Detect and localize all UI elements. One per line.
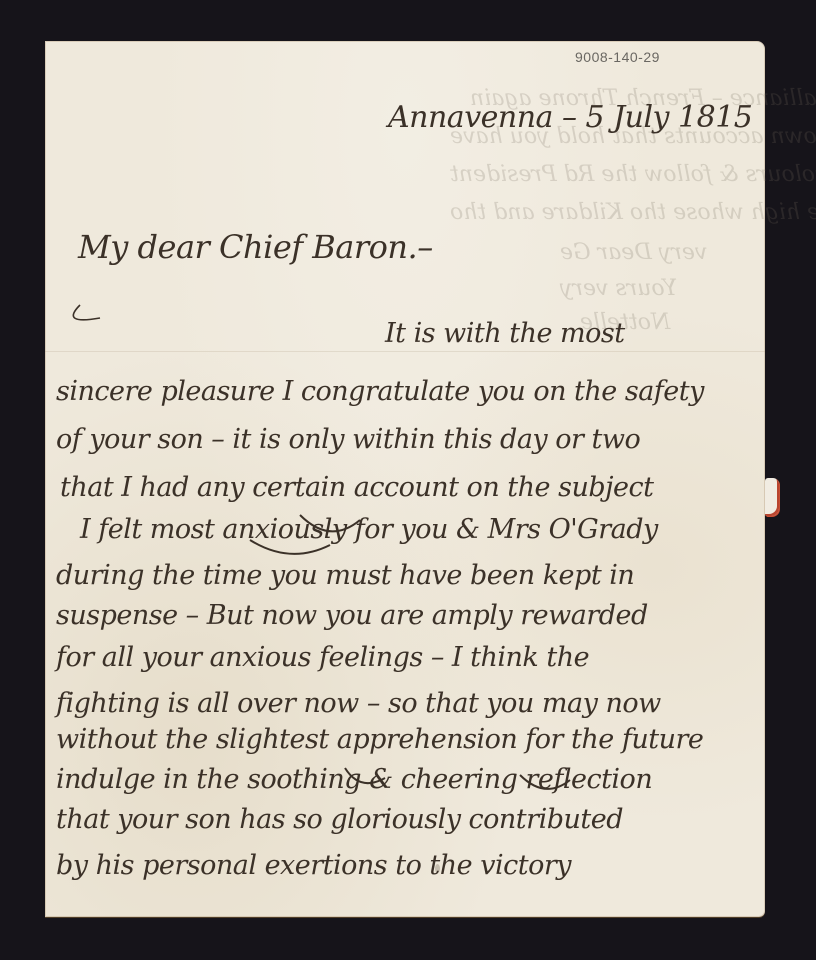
- bleed-through-text: and the high whose tho Kildare and tho: [450, 200, 816, 225]
- wax-seal-fragment: [765, 478, 779, 516]
- letter-body-line: fighting is all over now – so that you m…: [56, 688, 661, 719]
- bleed-through-text: to descend colours & follow the Rd Presi…: [450, 162, 816, 187]
- letter-body-line: suspense – But now you are amply rewarde…: [56, 600, 648, 631]
- letter-body-line: that your son has so gloriously contribu…: [56, 804, 623, 835]
- letter-body-line: of your son – it is only within this day…: [56, 424, 640, 455]
- letter-body-line: without the slightest apprehension for t…: [56, 724, 703, 755]
- letter-body-line: that I had any certain account on the su…: [60, 472, 653, 503]
- letter-body-line: by his personal exertions to the victory: [56, 850, 571, 881]
- fold-crease: [45, 351, 765, 352]
- letter-body-line: I felt most anxiously for you & Mrs O'Gr…: [80, 514, 658, 545]
- letter-salutation: My dear Chief Baron.–: [78, 228, 433, 266]
- letter-body-line: indulge in the soothing & cheering refle…: [56, 764, 652, 795]
- letter-dateline: Annavenna – 5 July 1815: [388, 100, 752, 135]
- archive-reference-number: 9008-140-29: [575, 49, 660, 65]
- bleed-through-text: Yours very: [560, 276, 677, 301]
- letter-body-line: for all your anxious feelings – I think …: [56, 642, 589, 673]
- letter-body-line: during the time you must have been kept …: [56, 560, 634, 591]
- bleed-through-text: very Dear Ge: [560, 240, 707, 265]
- letter-body-line: It is with the most: [385, 318, 625, 349]
- letter-body-line: sincere pleasure I congratulate you on t…: [56, 376, 704, 407]
